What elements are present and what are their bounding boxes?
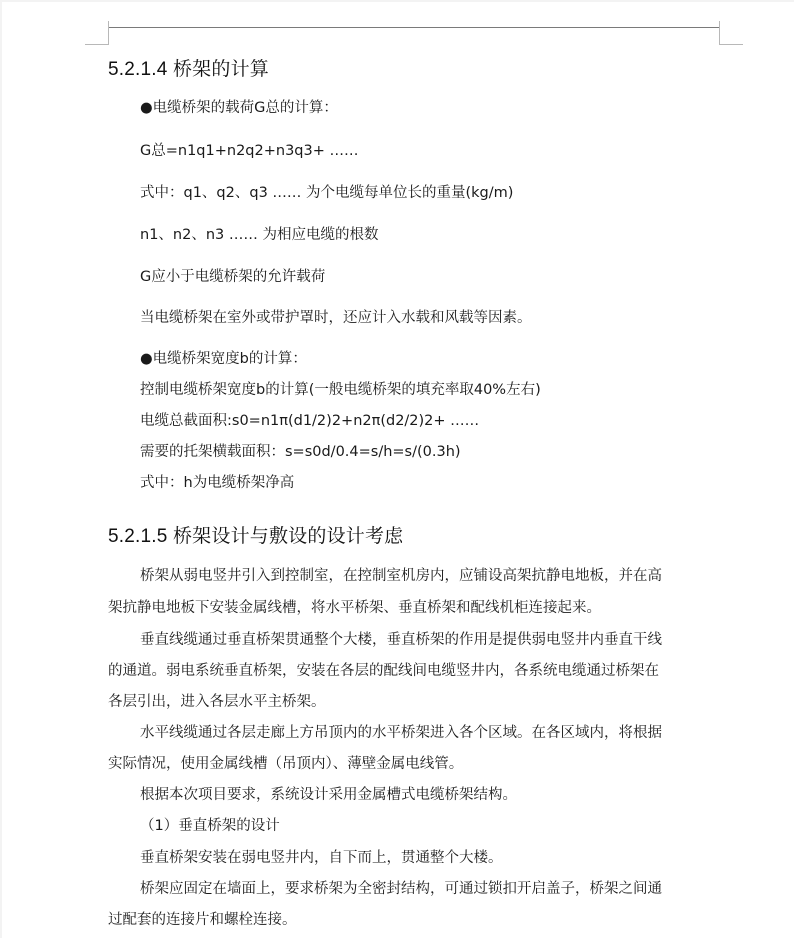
paragraph-line: 实际情况，使用金属线槽（吊顶内）、薄壁金属电线管。 [108,752,463,773]
formula-note-h: 式中：h为电缆桥架净高 [140,471,294,492]
window-top-edge [0,0,794,2]
outdoor-note: 当电缆桥架在室外或带护罩时，还应计入水载和风载等因素。 [140,306,532,327]
margin-corner-mark-right-h [719,44,743,45]
margin-corner-mark-right [719,21,720,44]
formula-note-n: n1、n2、n3 …… 为相应电缆的根数 [140,223,378,244]
window-left-edge [0,0,2,938]
paragraph-line: 各层引出，进入各层水平主桥架。 [108,690,326,711]
page-header-rule [108,27,719,28]
paragraph-line: 的通道。弱电系统垂直桥架，安装在各层的配线间电缆竖井内，各系统电缆通过桥架在 [108,659,659,680]
margin-corner-mark-left-h [85,44,109,45]
load-limit-note: G应小于电缆桥架的允许载荷 [140,265,325,286]
paragraph-line: 水平线缆通过各层走廊上方吊顶内的水平桥架进入各个区域。在各区域内，将根据 [140,721,662,742]
section-heading-5-2-1-4: 5.2.1.4 桥架的计算 [108,54,269,81]
paragraph-line: 根据本次项目要求，系统设计采用金属槽式电缆桥架结构。 [140,783,517,804]
paragraph-line: 垂直桥架安装在弱电竖井内，自下而上，贯通整个大楼。 [140,846,503,867]
subheading-vertical-tray: （1）垂直桥架的设计 [140,814,280,835]
margin-corner-mark-left [108,21,109,44]
paragraph-line: 垂直线缆通过垂直桥架贯通整个大楼，垂直桥架的作用是提供弱电竖井内垂直干线 [140,628,662,649]
paragraph-line: 桥架从弱电竖井引入到控制室，在控制室机房内，应铺设高架抗静电地板，并在高 [140,564,662,585]
formula-note-q: 式中：q1、q2、q3 …… 为个电缆每单位长的重量(kg/m) [140,181,513,202]
bullet-load-calc: ●电缆桥架的载荷G总的计算： [140,96,338,117]
section-heading-5-2-1-5: 5.2.1.5 桥架设计与敷设的设计考虑 [108,521,403,548]
formula-g-total: G总=n1q1+n2q2+n3q3+ …… [140,139,358,160]
bullet-width-calc: ●电缆桥架宽度b的计算： [140,347,307,368]
formula-s0: 电缆总截面积:s0=n1π(d1/2)2+n2π(d2/2)2+ …… [140,409,479,430]
paragraph-line: 架抗静电地板下安装金属线槽，将水平桥架、垂直桥架和配线机柜连接起来。 [108,596,601,617]
formula-s: 需要的托架横载面积：s=s0d/0.4=s/h=s/(0.3h) [140,440,461,461]
paragraph-line: 过配套的连接片和螺栓连接。 [108,908,297,929]
width-calc-intro: 控制电缆桥架宽度b的计算(一般电缆桥架的填充率取40%左右) [140,378,541,399]
paragraph-line: 桥架应固定在墙面上，要求桥架为全密封结构，可通过锁扣开启盖子，桥架之间通 [140,877,662,898]
